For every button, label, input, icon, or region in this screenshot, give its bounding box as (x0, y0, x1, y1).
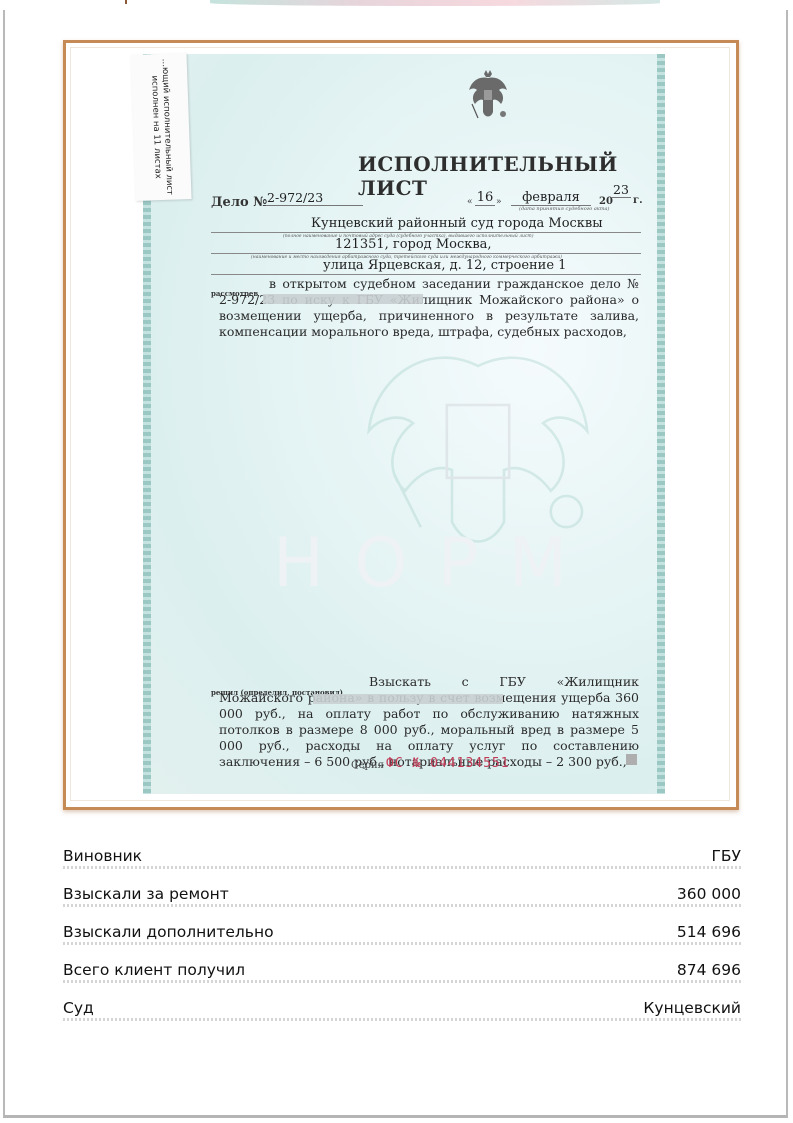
row-value: 514 696 (677, 916, 741, 942)
row-value: Кунцевский (643, 992, 741, 1018)
redaction (313, 694, 503, 704)
summary-row-repair: Взыскали за ремонт 360 000 (63, 878, 741, 916)
sticker-text: …ющий исполнительный лист исполнен на 11… (147, 52, 174, 203)
case-label: Дело № (211, 195, 267, 210)
summary-row-culprit: Виновник ГБУ (63, 840, 741, 878)
row-value: ГБУ (711, 840, 741, 866)
case-number: 2-972/23 (267, 190, 363, 206)
court-name: Кунцевский районный суд города Москвы (311, 216, 603, 231)
writ-of-execution-form: НОРМ ИСПОЛНИТЕЛЬНЫЙ ЛИСТ Дело № 2-972/23… (143, 54, 665, 794)
row-label: Виновник (63, 840, 142, 866)
date-day: 16 (475, 190, 495, 206)
row-label: Суд (63, 992, 94, 1018)
summary-row-additional: Взыскали дополнительно 514 696 (63, 916, 741, 954)
underline (211, 232, 641, 233)
document-photo: …ющий исполнительный лист исполнен на 11… (63, 40, 739, 810)
series-label: Серия (351, 760, 384, 771)
date-year-unit: г. (633, 195, 643, 206)
top-tick (125, 0, 127, 4)
series-number: ФС № 044134551 (386, 756, 510, 771)
underline (211, 253, 641, 254)
underline (211, 274, 641, 275)
court-address-line2: улица Ярцевская, д. 12, строение 1 (323, 258, 566, 273)
date-caption: (дата принятия судебного акта) (519, 206, 609, 212)
coat-of-arms-icon (466, 68, 510, 122)
summary-row-total: Всего клиент получил 874 696 (63, 954, 741, 992)
date-quote-open: « (467, 197, 473, 207)
page: …ющий исполнительный лист исполнен на 11… (3, 10, 788, 1118)
date-year: 23 (611, 182, 631, 198)
top-decoration (210, 0, 660, 6)
summary-table: Виновник ГБУ Взыскали за ремонт 360 000 … (63, 840, 741, 1030)
row-value: 874 696 (677, 954, 741, 980)
stitching-sticker: …ющий исполнительный лист исполнен на 11… (130, 53, 191, 201)
date-month: февраля (511, 190, 591, 206)
redaction (263, 294, 423, 304)
date-quote-close: » (496, 197, 502, 207)
row-label: Всего клиент получил (63, 954, 245, 980)
gray-square (626, 754, 637, 765)
watermark-text: НОРМ (273, 524, 597, 603)
summary-row-court: Суд Кунцевский (63, 992, 741, 1030)
row-label: Взыскали дополнительно (63, 916, 274, 942)
row-value: 360 000 (677, 878, 741, 904)
row-label: Взыскали за ремонт (63, 878, 229, 904)
paragraph-case-description: в открытом судебном заседании гражданско… (219, 276, 639, 340)
court-address-line1: 121351, город Москва, (335, 237, 492, 252)
